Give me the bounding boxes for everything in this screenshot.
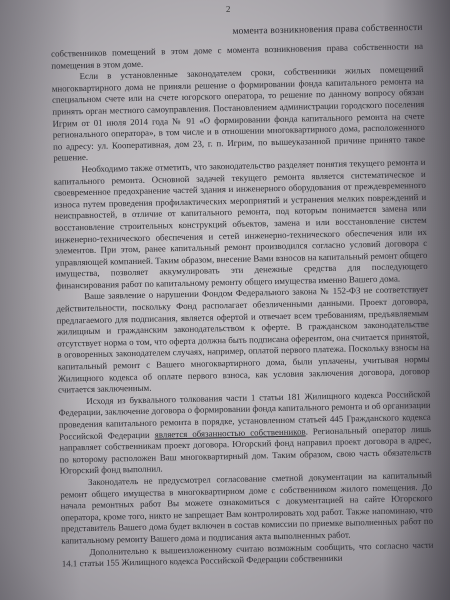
paragraph: Ваше заявление о нарушении Фондом Федера…: [56, 284, 430, 396]
document-page: 2 момента возникновения права собственно…: [28, 0, 440, 600]
document-body: собственников помещений в этом доме с мо…: [29, 41, 440, 571]
paragraph: Если в установленные законодателем сроки…: [51, 64, 425, 165]
top-fragment-line: момента возникновения права собственност…: [29, 22, 423, 41]
paragraph: Законодатель не предусмотрел согласовани…: [60, 470, 433, 547]
paragraph: Необходимо также отметить, что законодат…: [53, 157, 428, 292]
paragraph: Исходя из буквального толкования части 1…: [58, 389, 432, 478]
document-photo: 2 момента возникновения права собственно…: [0, 0, 450, 600]
page-number: 2: [28, 0, 428, 18]
